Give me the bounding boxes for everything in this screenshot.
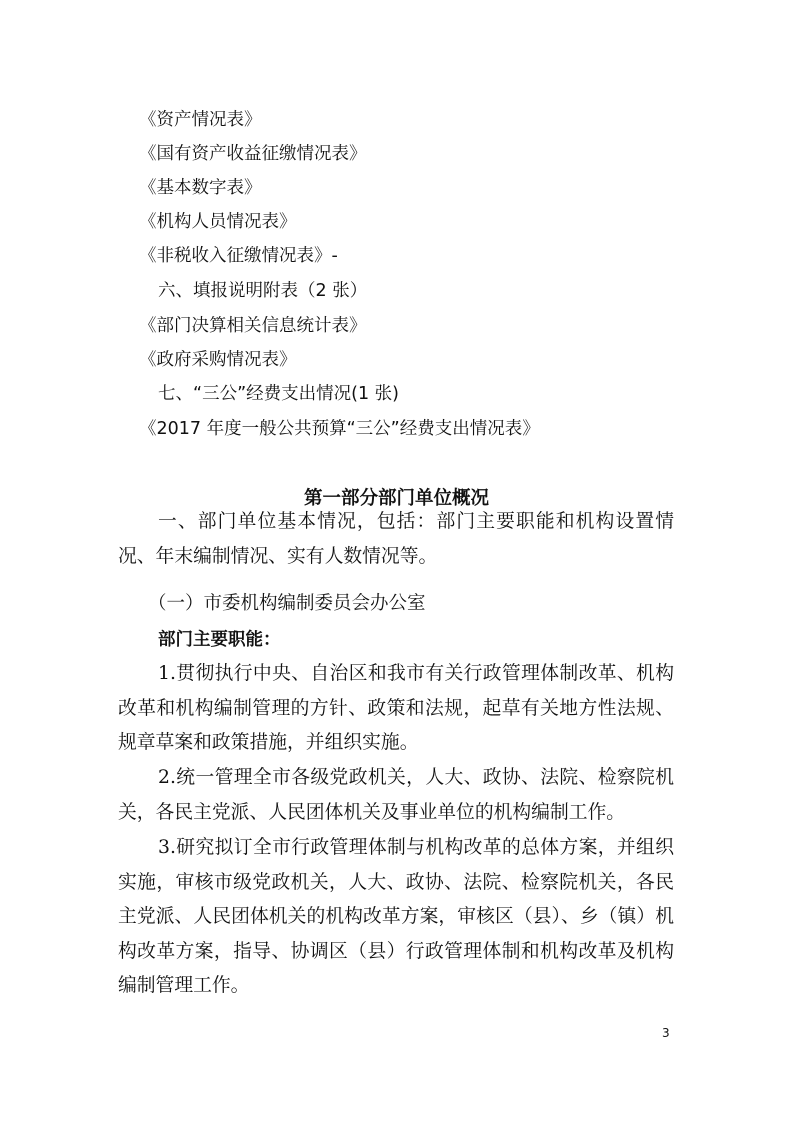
list-item: 《非税收入征缴情况表》- <box>139 244 338 268</box>
function-item-2: 2.统一管理全市各级党政机关，人大、政协、法院、检察院机关，各民主党派、人民团体… <box>118 761 674 830</box>
page-number: 3 <box>662 1026 670 1040</box>
list-item: 《2017 年度一般公共预算“三公”经费支出情况表》 <box>139 417 540 441</box>
list-item: 《国有资产收益征缴情况表》 <box>139 142 367 166</box>
list-heading: 七、“三公”经费支出情况(1 张) <box>158 382 399 406</box>
list-item: 《资产情况表》 <box>139 108 262 132</box>
list-item: 《政府采购情况表》 <box>139 348 297 372</box>
function-item-1: 1.贯彻执行中央、自治区和我市有关行政管理体制改革、机构改革和机构编制管理的方针… <box>118 657 674 761</box>
list-item: 《部门决算相关信息统计表》 <box>139 314 367 338</box>
function-item-3: 3.研究拟订全市行政管理体制与机构改革的总体方案，并组织实施，审核市级党政机关，… <box>118 831 674 1004</box>
list-heading: 六、填报说明附表（2 张） <box>158 279 367 303</box>
intro-paragraph: 一、部门单位基本情况，包括：部门主要职能和机构设置情况、年末编制情况、实有人数情… <box>118 505 674 574</box>
functions-heading: 部门主要职能： <box>158 628 281 652</box>
list-item: 《机构人员情况表》 <box>139 210 297 234</box>
list-item: 《基本数字表》 <box>139 176 262 200</box>
unit-name: （一）市委机构编制委员会办公室 <box>148 592 426 616</box>
